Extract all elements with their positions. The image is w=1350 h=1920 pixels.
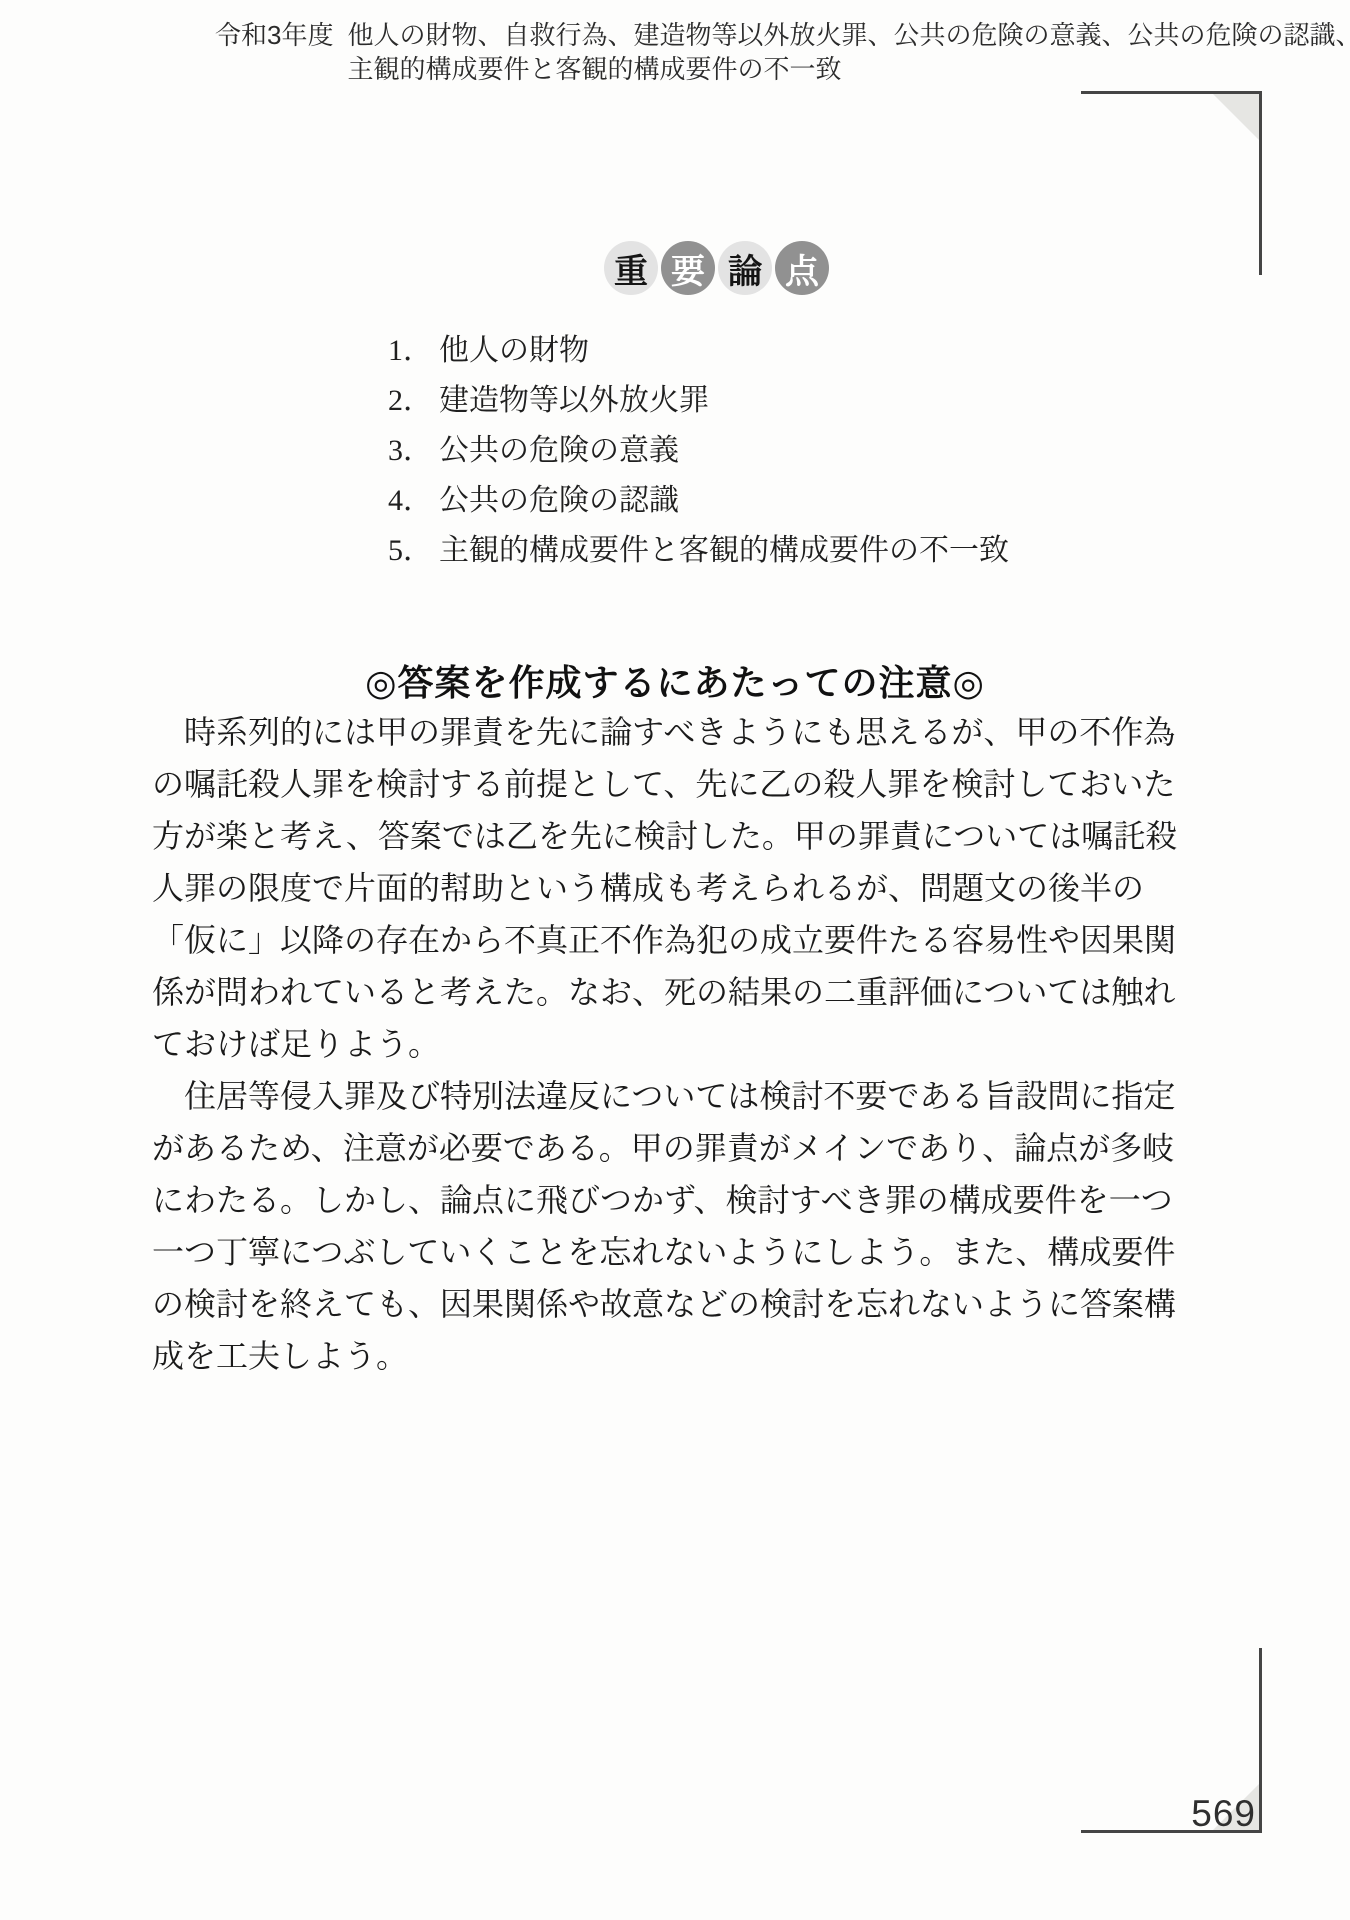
note-section-heading: ◎答案を作成するにあたっての注意◎: [0, 655, 1350, 706]
book-page: 令和3年度 他人の財物、自救行為、建造物等以外放火罪、公共の危険の意義、公共の危…: [0, 0, 1350, 1920]
running-head-topics-line1: 他人の財物、自救行為、建造物等以外放火罪、公共の危険の意義、公共の危険の認識、: [347, 18, 1350, 52]
list-item: 2． 建造物等以外放火罪: [388, 376, 1009, 426]
item-text: 建造物等以外放火罪: [439, 376, 709, 426]
badge-char-2: 要: [661, 241, 715, 295]
item-text: 主観的構成要件と客観的構成要件の不一致: [439, 526, 1009, 576]
running-head-topics-line2: 主観的構成要件と客観的構成要件の不一致: [347, 52, 1350, 86]
note-body: 時系列的には甲の罪責を先に論すべきようにも思えるが、甲の不作為 の嘱託殺人罪を検…: [152, 706, 1212, 1382]
item-text: 公共の危険の意義: [439, 426, 679, 476]
item-text: 他人の財物: [439, 326, 589, 376]
running-head-year: 令和3年度: [215, 18, 333, 52]
corner-rule-top-vertical: [1259, 91, 1262, 275]
corner-fold-top-icon: [1213, 94, 1259, 140]
item-number: 5．: [388, 526, 433, 576]
badge-char-3: 論: [718, 241, 772, 295]
key-points-list: 1． 他人の財物 2． 建造物等以外放火罪 3． 公共の危険の意義 4． 公共の…: [388, 326, 1009, 576]
note-paragraph-1: 時系列的には甲の罪責を先に論すべきようにも思えるが、甲の不作為 の嘱託殺人罪を検…: [152, 706, 1212, 1070]
running-head: 令和3年度 他人の財物、自救行為、建造物等以外放火罪、公共の危険の意義、公共の危…: [215, 18, 1350, 86]
page-number: 569: [1191, 1793, 1256, 1835]
important-points-badge: 重 要 論 点: [604, 241, 829, 295]
item-number: 2．: [388, 376, 433, 426]
badge-char-4: 点: [775, 241, 829, 295]
item-number: 3．: [388, 426, 433, 476]
list-item: 3． 公共の危険の意義: [388, 426, 1009, 476]
running-head-topics: 他人の財物、自救行為、建造物等以外放火罪、公共の危険の意義、公共の危険の認識、 …: [347, 18, 1350, 86]
badge-char-1: 重: [604, 241, 658, 295]
note-paragraph-2: 住居等侵入罪及び特別法違反については検討不要である旨設問に指定 があるため、注意…: [152, 1070, 1212, 1382]
corner-rule-bottom-vertical: [1259, 1648, 1262, 1833]
list-item: 5． 主観的構成要件と客観的構成要件の不一致: [388, 526, 1009, 576]
item-number: 4．: [388, 476, 433, 526]
item-number: 1．: [388, 326, 433, 376]
list-item: 1． 他人の財物: [388, 326, 1009, 376]
item-text: 公共の危険の認識: [439, 476, 679, 526]
list-item: 4． 公共の危険の認識: [388, 476, 1009, 526]
